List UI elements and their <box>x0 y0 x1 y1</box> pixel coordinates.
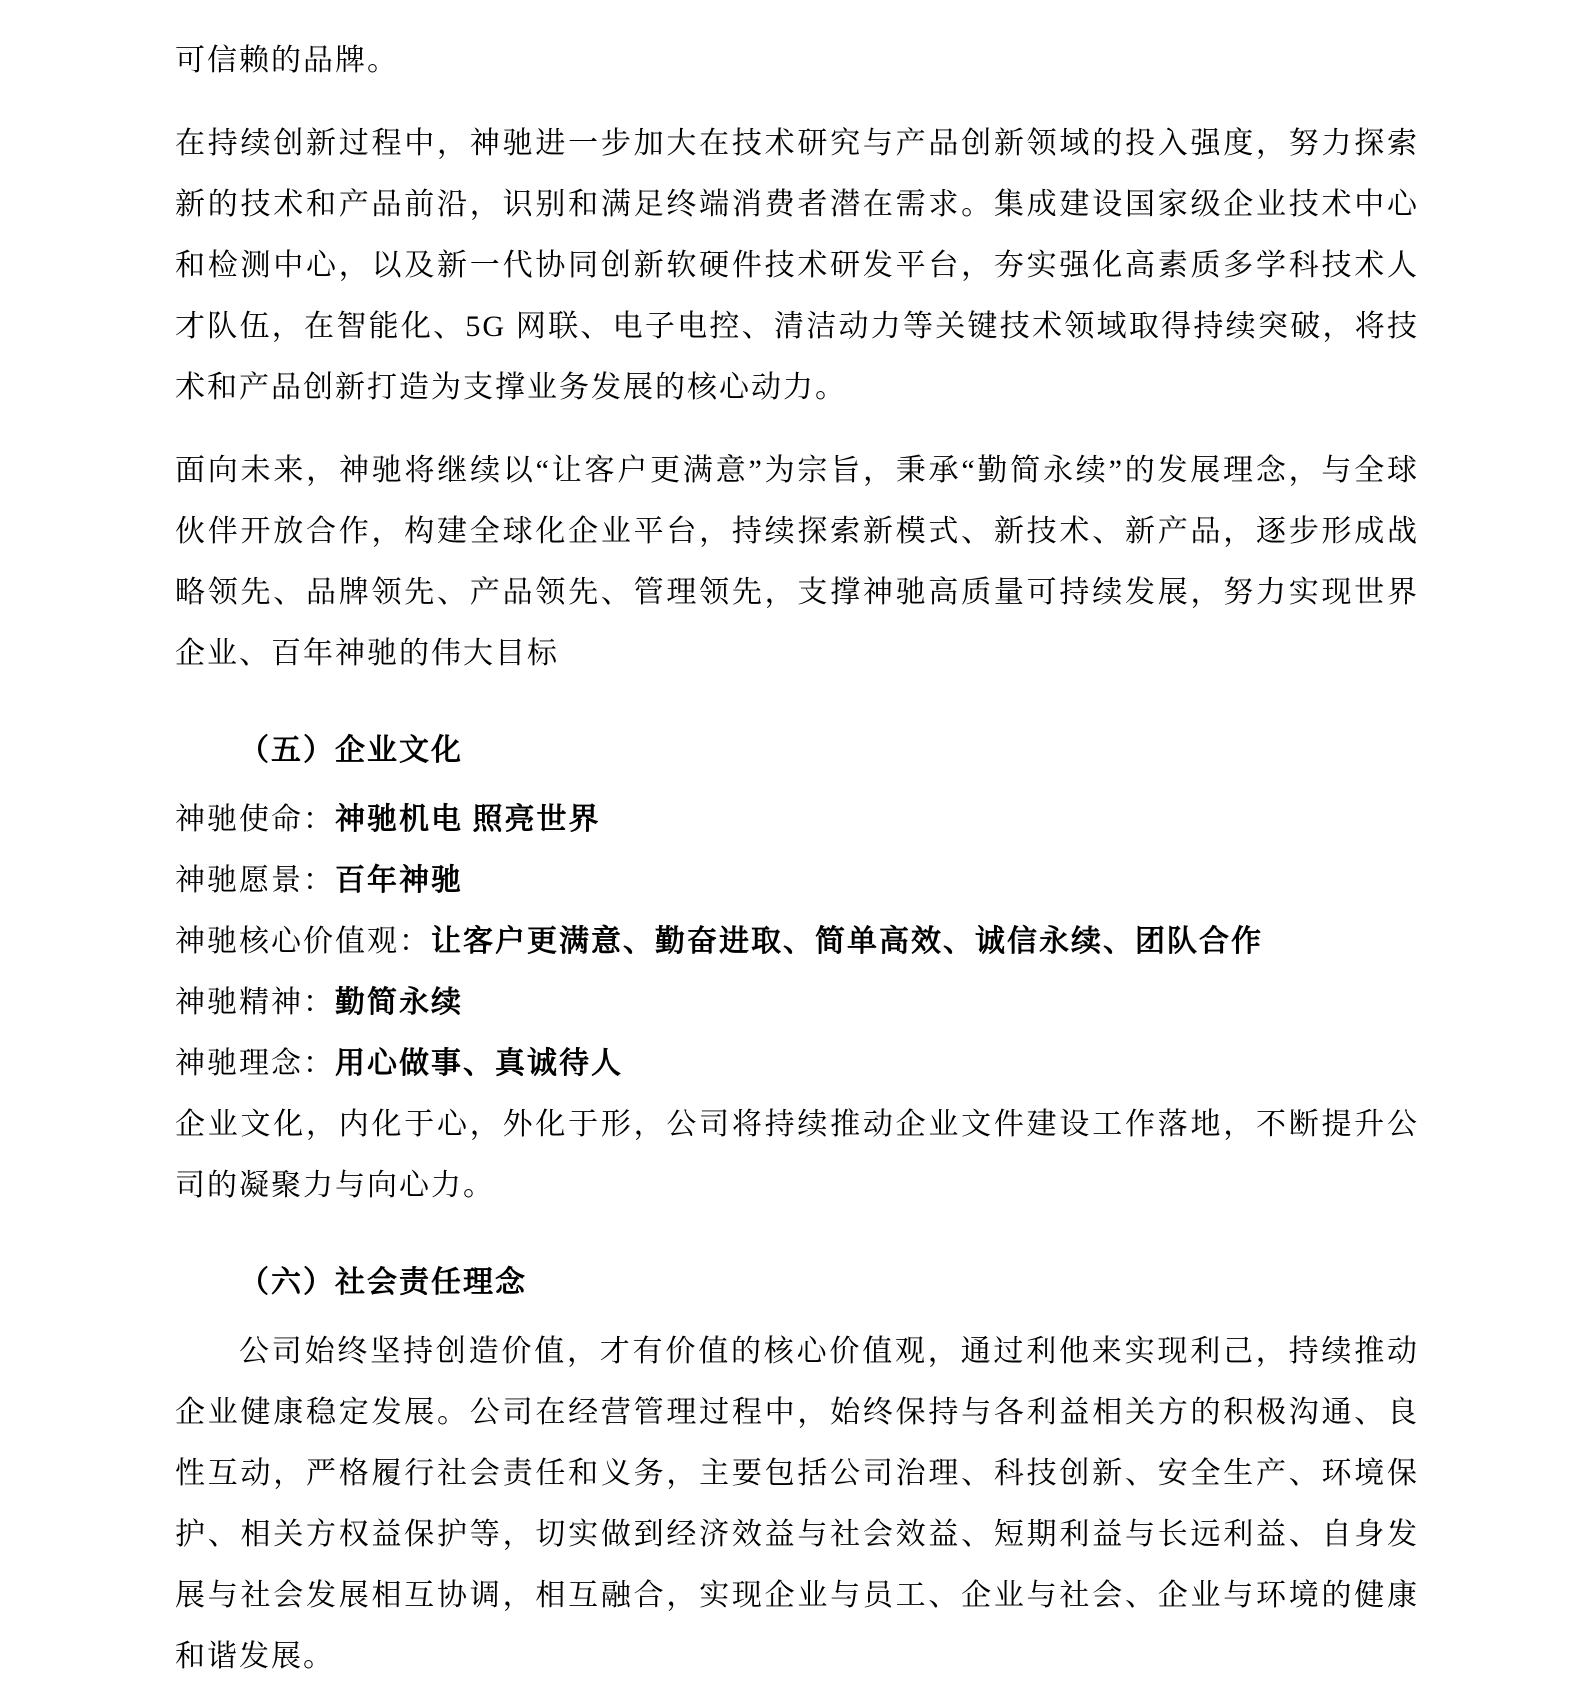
document-page: 可信赖的品牌。 在持续创新过程中，神驰进一步加大在技术研究与产品创新领域的投入强… <box>0 0 1587 1691</box>
culture-vision-value: 百年神驰 <box>335 864 463 897</box>
heading-section-6-csr: （六）社会责任理念 <box>175 1252 1419 1313</box>
culture-line-vision: 神驰愿景：百年神驰 <box>175 850 1419 911</box>
culture-core-values-label: 神驰核心价值观： <box>175 925 431 958</box>
document-body: 可信赖的品牌。 在持续创新过程中，神驰进一步加大在技术研究与产品创新领域的投入强… <box>175 30 1419 1687</box>
culture-philosophy-label: 神驰理念： <box>175 1047 335 1080</box>
paragraph-csr: 公司始终坚持创造价值，才有价值的核心价值观，通过利他来实现利己，持续推动企业健康… <box>175 1321 1419 1687</box>
culture-line-core-values: 神驰核心价值观：让客户更满意、勤奋进取、简单高效、诚信永续、团队合作 <box>175 911 1419 972</box>
culture-mission-label: 神驰使命： <box>175 803 335 836</box>
culture-core-values-value: 让客户更满意、勤奋进取、简单高效、诚信永续、团队合作 <box>431 925 1263 958</box>
culture-line-philosophy: 神驰理念：用心做事、真诚待人 <box>175 1033 1419 1094</box>
paragraph-brand-tail: 可信赖的品牌。 <box>175 30 1419 91</box>
culture-line-mission: 神驰使命：神驰机电 照亮世界 <box>175 789 1419 850</box>
culture-mission-value: 神驰机电 照亮世界 <box>335 803 601 836</box>
heading-section-5-culture: （五）企业文化 <box>175 720 1419 781</box>
culture-philosophy-value: 用心做事、真诚待人 <box>335 1047 623 1080</box>
culture-spirit-value: 勤简永续 <box>335 986 463 1019</box>
culture-line-spirit: 神驰精神：勤简永续 <box>175 972 1419 1033</box>
culture-vision-label: 神驰愿景： <box>175 864 335 897</box>
paragraph-future-vision: 面向未来，神驰将继续以“让客户更满意”为宗旨，秉承“勤简永续”的发展理念，与全球… <box>175 440 1419 684</box>
paragraph-innovation: 在持续创新过程中，神驰进一步加大在技术研究与产品创新领域的投入强度，努力探索新的… <box>175 113 1419 418</box>
paragraph-culture-closing: 企业文化，内化于心，外化于形，公司将持续推动企业文件建设工作落地，不断提升公司的… <box>175 1094 1419 1216</box>
culture-spirit-label: 神驰精神： <box>175 986 335 1019</box>
